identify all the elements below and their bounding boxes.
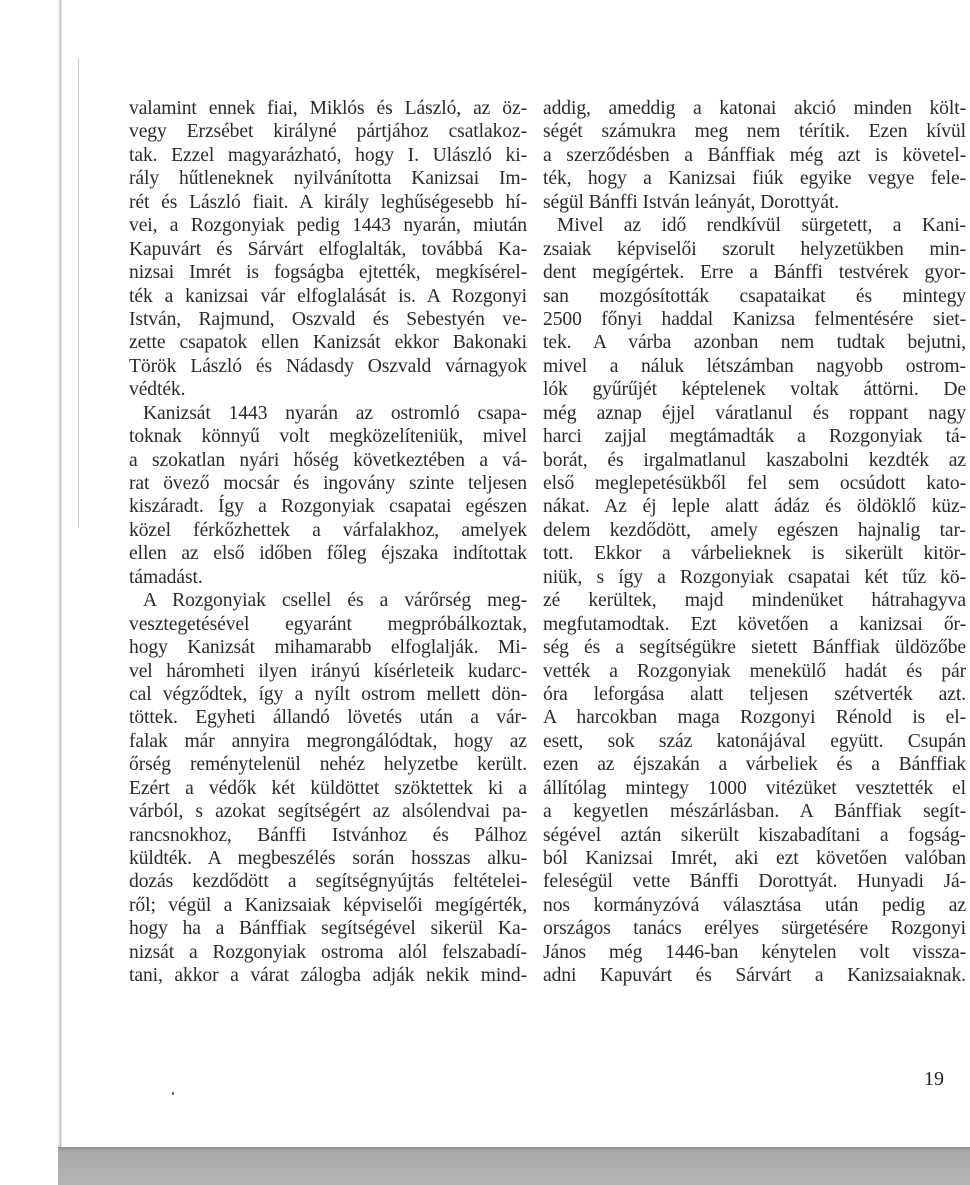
right-text-column: addig, ameddig a katonai akció minden kö… [543,97,966,988]
page-number: 19 [924,1068,944,1091]
text-line: kiszáradt. Így a Rozgonyiak csapatai egé… [129,495,527,518]
text-line: cal végződtek, így a nyílt ostrom mellet… [129,683,527,706]
text-line: Kapuvárt és Sárvárt elfoglalták, továbbá… [129,238,527,261]
text-line: országos tanács erélyes sürgetésére Rozg… [543,917,966,940]
text-line: ellen az első időben főleg éjszaka indít… [129,542,527,565]
text-line: ről; végül a Kanizsaiak képviselői megíg… [129,894,527,917]
text-line: toknak könnyű volt megközelíteniük, mive… [129,425,527,448]
text-line: harci zajjal megtámadták a Rozgonyiak tá… [543,425,966,448]
text-line: zette csapatok ellen Kanizsát ekkor Bako… [129,331,527,354]
text-line: vesztegetésével egyaránt megpróbálkoztak… [129,613,527,636]
text-line: san mozgósították csapataikat és mintegy [543,285,966,308]
text-line: nizsai Imrét is fogságba ejtették, megkí… [129,261,527,284]
text-line: tek. A várba azonban nem tudtak bejutni, [543,331,966,354]
text-line: még aznap éjjel váratlanul és roppant na… [543,402,966,425]
text-line: A harcokban maga Rozgonyi Rénold is el- [543,706,966,729]
text-line: védték. [129,378,527,401]
text-line: a szokatlan nyári hőség következtében a … [129,449,527,472]
text-line: ségével aztán sikerült kiszabadítani a f… [543,824,966,847]
text-line: töttek. Egyheti állandó lövetés után a v… [129,706,527,729]
text-line: vei, a Rozgonyiak pedig 1443 nyarán, miu… [129,214,527,237]
text-line: esett, sok száz katonájával együtt. Csup… [543,730,966,753]
text-line: István, Rajmund, Oszvald és Sebestyén ve… [129,308,527,331]
page-spine-shadow [58,0,62,1185]
text-line: Kanizsát 1443 nyarán az ostromló csapa- [129,402,527,425]
left-text-column: valamint ennek fiai, Miklós és László, a… [129,97,527,988]
text-line: állítólag mintegy 1000 vitézüket vesztet… [543,777,966,800]
text-line: borát, és irgalmatlanul kaszabolni kezdt… [543,449,966,472]
text-line: feleségül vette Bánffi Dorottyát. Hunyad… [543,870,966,893]
text-line: 2500 főnyi haddal Kanizsa felmentésére s… [543,308,966,331]
text-line: dent megígértek. Erre a Bánffi testvérek… [543,261,966,284]
text-line: ezen az éjszakán a várbeliek és a Bánffi… [543,753,966,776]
text-line: delem kezdődött, amely egészen hajnalig … [543,519,966,542]
text-line: közel férkőzhettek a várfalakhoz, amelye… [129,519,527,542]
text-line: rály hűtleneknek nyilvánította Kanizsai … [129,167,527,190]
text-line: várból, s azokat segítségért az alsólend… [129,800,527,823]
text-line: zsaiak képviselői szorult helyzetükben m… [543,238,966,261]
text-line: ból Kanizsai Imrét, aki ezt követően val… [543,847,966,870]
text-line: óra leforgása alatt teljesen szétverték … [543,683,966,706]
text-line: vegy Erzsébet királyné pártjához csatlak… [129,120,527,143]
text-line: ségül Bánffi István leányát, Dorottyát. [543,191,966,214]
text-line: addig, ameddig a katonai akció minden kö… [543,97,966,120]
text-line: a szerződésben a Bánffiak még azt is köv… [543,144,966,167]
text-line: zé kerültek, majd mindenüket hátrahagyva [543,589,966,612]
text-line: ték, hogy a Kanizsai fiúk egyike vegye f… [543,167,966,190]
text-line: hogy ha a Bánffiak segítségével sikerül … [129,917,527,940]
text-line: rat övező mocsár és ingovány szinte telj… [129,472,527,495]
text-line: ték a kanizsai vár elfoglalását is. A Ro… [129,285,527,308]
text-line: első meglepetésükből fel sem ocsúdott ka… [543,472,966,495]
text-line: megfutamodtak. Ezt követően a kanizsai ő… [543,613,966,636]
scan-bottom-edge [58,1147,970,1185]
text-line: lók gyűrűjét képtelenek voltak áttörni. … [543,378,966,401]
text-line: hogy Kanizsát mihamarabb elfoglalják. Mi… [129,636,527,659]
text-line: vették a Rozgonyiak menekülő hadát és pá… [543,660,966,683]
text-line: dozás kezdődött a segítségnyújtás feltét… [129,870,527,893]
text-line: János még 1446-ban kénytelen volt vissza… [543,941,966,964]
text-line: nizsát a Rozgonyiak ostroma alól felszab… [129,941,527,964]
text-line: ségét számukra meg nem térítik. Ezen kív… [543,120,966,143]
text-line: rancsnokhoz, Bánffi Istvánhoz és Pálhoz [129,824,527,847]
page-edge-line [78,58,79,528]
text-line: valamint ennek fiai, Miklós és László, a… [129,97,527,120]
text-line: tak. Ezzel magyarázható, hogy I. Ulászló… [129,144,527,167]
text-line: tani, akkor a várat zálogba adják nekik … [129,964,527,987]
text-line: a kegyetlen mészárlásban. A Bánffiak seg… [543,800,966,823]
text-line: Mivel az idő rendkívül sürgetett, a Kani… [543,214,966,237]
text-line: niük, s így a Rozgonyiak csapatai két tű… [543,566,966,589]
text-line: küldték. A megbeszélés során hosszas alk… [129,847,527,870]
text-line: Török László és Nádasdy Oszvald várnagyo… [129,355,527,378]
text-line: A Rozgonyiak csellel és a várőrség meg- [129,589,527,612]
text-line: őrség reménytelenül nehéz helyzetbe kerü… [129,753,527,776]
text-line: ség és a segítségükre sietett Bánffiak ü… [543,636,966,659]
text-line: vel háromheti ilyen irányú kísérleteik k… [129,660,527,683]
text-line: Ezért a védők két küldöttet szöktettek k… [129,777,527,800]
text-line: nos kormányzóvá választása után pedig az [543,894,966,917]
text-line: rét és László fiait. A király leghűséges… [129,191,527,214]
text-line: adni Kapuvárt és Sárvárt a Kanizsaiaknak… [543,964,966,987]
text-line: tott. Ekkor a várbelieknek is sikerült k… [543,542,966,565]
text-line: falak már annyira megrongálódtak, hogy a… [129,730,527,753]
text-line: nákat. Az éj leple alatt ádáz és öldöklő… [543,495,966,518]
text-line: mivel a náluk létszámban nagyobb ostrom- [543,355,966,378]
ink-speck [172,1092,174,1095]
text-line: támadást. [129,566,527,589]
